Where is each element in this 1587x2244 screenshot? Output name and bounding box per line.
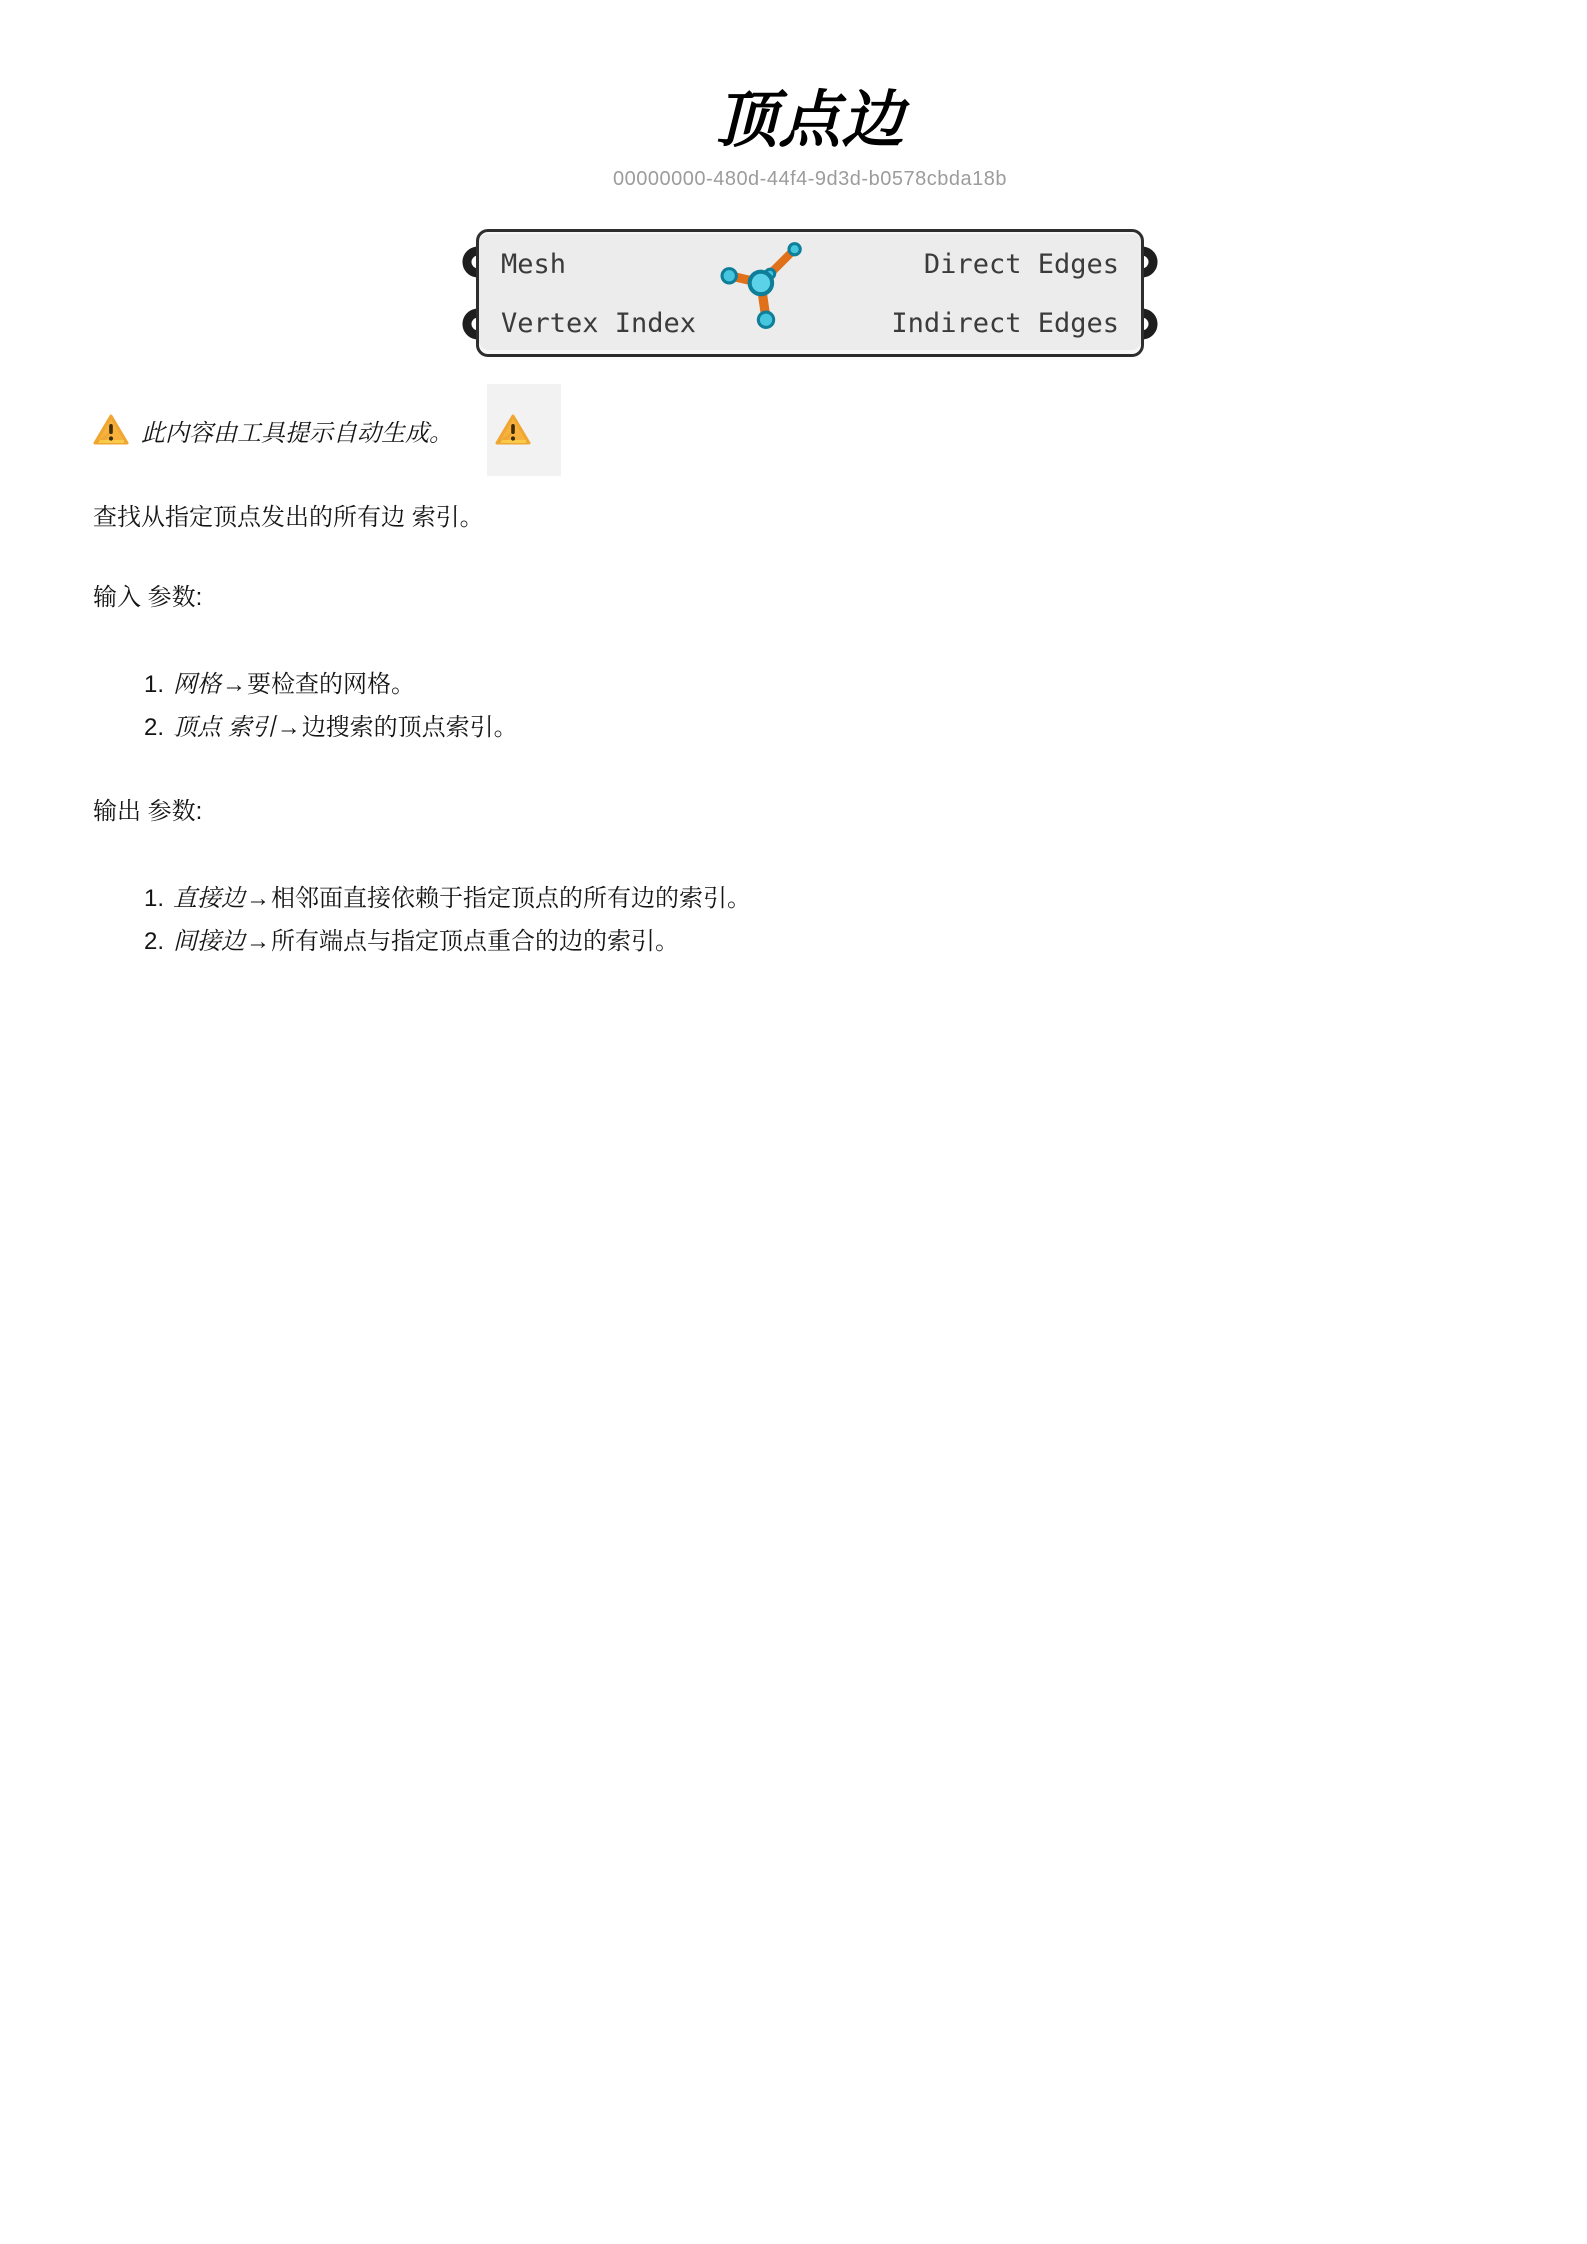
arrow-glyph: → bbox=[222, 671, 246, 698]
item-number: 1. bbox=[144, 885, 164, 912]
gh-input-label-mesh: Mesh bbox=[501, 249, 566, 280]
item-number: 2. bbox=[144, 714, 164, 741]
gh-component: Mesh Direct Edges Vertex Index Indirect … bbox=[460, 229, 1160, 357]
list-item: 1.网格→要检查的网格。 bbox=[93, 663, 1527, 706]
param-term: 网格 bbox=[173, 671, 221, 698]
param-description: 要检查的网格。 bbox=[247, 671, 415, 698]
param-description: 相邻面直接依赖于指定顶点的所有边的索引。 bbox=[271, 885, 751, 912]
param-term: 直接边 bbox=[173, 885, 245, 912]
vertex-edges-icon bbox=[720, 239, 812, 331]
warning-text: 此内容由工具提示自动生成。 bbox=[141, 413, 453, 448]
item-number: 2. bbox=[144, 928, 164, 955]
param-description: 所有端点与指定顶点重合的边的索引。 bbox=[271, 928, 679, 955]
warning-icon bbox=[93, 414, 129, 446]
warning-icon-box bbox=[487, 384, 561, 476]
auto-generated-warning: 此内容由工具提示自动生成。 bbox=[93, 384, 1527, 476]
gh-output-label-direct-edges: Direct Edges bbox=[924, 249, 1119, 280]
arrow-glyph: → bbox=[277, 714, 301, 741]
param-term: 顶点 索引 bbox=[173, 714, 276, 741]
gh-component-body: Mesh Direct Edges Vertex Index Indirect … bbox=[476, 229, 1144, 357]
list-item: 2.间接边→所有端点与指定顶点重合的边的索引。 bbox=[93, 920, 1527, 963]
list-item: 1.直接边→相邻面直接依赖于指定顶点的所有边的索引。 bbox=[93, 877, 1527, 920]
param-description: 边搜索的顶点索引。 bbox=[302, 714, 518, 741]
inputs-list: 1.网格→要检查的网格。 2.顶点 索引→边搜索的顶点索引。 bbox=[93, 663, 1527, 749]
arrow-glyph: → bbox=[246, 885, 270, 912]
page-title: 顶点边 bbox=[93, 0, 1527, 155]
warning-icon bbox=[495, 414, 531, 446]
gh-output-label-indirect-edges: Indirect Edges bbox=[891, 308, 1119, 339]
item-number: 1. bbox=[144, 671, 164, 698]
inputs-heading: 输入 参数: bbox=[93, 581, 1527, 615]
gh-input-label-vertex-index: Vertex Index bbox=[501, 308, 696, 339]
component-description: 查找从指定顶点发出的所有边 索引。 bbox=[93, 501, 1527, 535]
component-guid: 00000000-480d-44f4-9d3d-b0578cbda18b bbox=[93, 167, 1527, 191]
list-item: 2.顶点 索引→边搜索的顶点索引。 bbox=[93, 706, 1527, 749]
arrow-glyph: → bbox=[246, 928, 270, 955]
param-term: 间接边 bbox=[173, 928, 245, 955]
outputs-heading: 输出 参数: bbox=[93, 795, 1527, 829]
page-container: 顶点边 00000000-480d-44f4-9d3d-b0578cbda18b… bbox=[0, 0, 1587, 963]
outputs-list: 1.直接边→相邻面直接依赖于指定顶点的所有边的索引。 2.间接边→所有端点与指定… bbox=[93, 877, 1527, 963]
